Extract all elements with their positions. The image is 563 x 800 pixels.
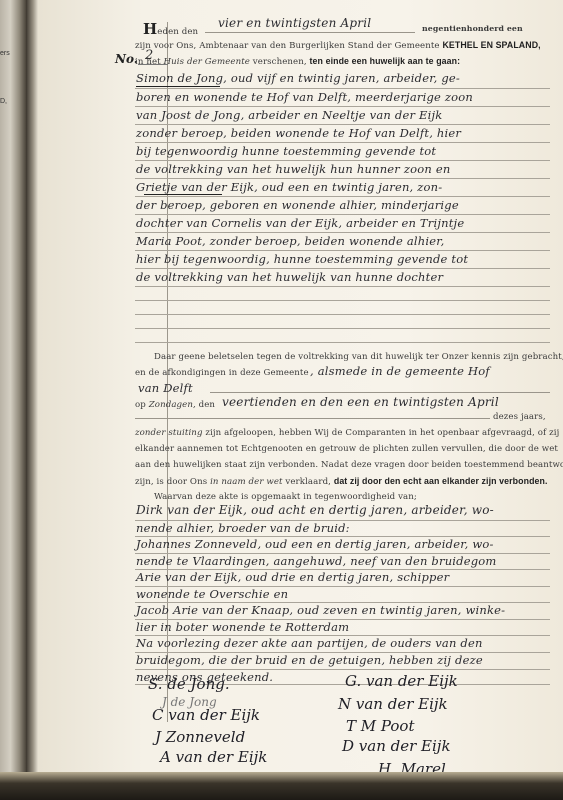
- ruled-line: [135, 160, 550, 161]
- ruled-line: [135, 214, 550, 215]
- witness-line: Arie van der Eijk, oud drie en dertig ja…: [136, 570, 449, 584]
- line9-italic: in naam der wet: [210, 477, 283, 487]
- header-line-3: in het Huis der Gemeente verschenen, ten…: [135, 56, 460, 67]
- ruled-line: [135, 250, 550, 251]
- proclamation-dates: veertienden en den een en twintigsten Ap…: [222, 395, 499, 409]
- witness-intro: Waarvan deze akte is opgemaakt in tegenw…: [154, 492, 417, 502]
- header-line-1: Heden den: [143, 20, 198, 38]
- line4-italic: Zondagen,: [149, 400, 196, 410]
- signature-groom: S. de Jong.: [148, 675, 230, 693]
- ruled-line: [135, 314, 550, 315]
- line4-pre: op: [135, 400, 146, 410]
- bride-name-underline: [144, 194, 222, 195]
- proclamation-line-8: aan den huwelijken staat zijn verbonden.…: [135, 460, 563, 470]
- page-bottom-edge: [0, 772, 563, 800]
- signature-bride-father: G. van der Eijk: [345, 672, 458, 690]
- groom-line: zonder beroep, beiden wonende te Hof van…: [136, 126, 461, 140]
- signature-bride-mother: T M Poot: [346, 717, 414, 735]
- proclamation-line-9: zijn, is door Ons in naam der wet verkla…: [135, 476, 548, 487]
- header-prefix: eden den: [157, 27, 198, 37]
- ruled-line: [135, 328, 550, 329]
- signature-witness-dirk: D van der Eijk: [342, 737, 451, 755]
- date-fill-line: [205, 32, 415, 33]
- signature-witness-zonneveld: J Zonneveld: [155, 728, 245, 746]
- page-gutter: [26, 0, 38, 800]
- bride-line: de voltrekking van het huwelijk van hunn…: [136, 270, 443, 284]
- bride-line: Maria Poot, zonder beroep, beiden wonend…: [136, 234, 445, 248]
- proclamation-hand-1: , alsmede in de gemeente Hof: [310, 364, 490, 378]
- proclamation-line-7: elkander aannemen tot Echtgenooten en ge…: [135, 444, 558, 454]
- drop-initial: H: [143, 20, 157, 38]
- groom-line: van Joost de Jong, arbeider en Neeltje v…: [136, 108, 442, 122]
- header-line-2: zijn voor Ons, Ambtenaar van den Burgerl…: [135, 40, 541, 51]
- fill-line: [210, 392, 550, 393]
- line6-text: zijn afgeloopen, hebben Wij de Comparant…: [205, 428, 559, 438]
- ruled-line: [135, 342, 550, 343]
- header-year-text: negentienhonderd een: [422, 24, 523, 33]
- ruled-line: [135, 300, 550, 301]
- binding-fragment: D,: [0, 78, 20, 126]
- proclamation-line-6: zonder stuiting zijn afgeloopen, hebben …: [135, 428, 559, 438]
- proclamation-line-4: op Zondagen, den: [135, 400, 215, 410]
- ruled-line: [135, 106, 550, 107]
- previous-page-text: ers D,: [0, 30, 20, 126]
- witness-line: Jacob Arie van der Knaap, oud zeven en t…: [136, 603, 505, 617]
- header-line-3-italic: Huis der Gemeente: [164, 57, 250, 67]
- witness-line: bruidegom, die der bruid en de getuigen,…: [136, 653, 483, 667]
- header-line-3-bold: ten einde een huwelijk aan te gaan:: [310, 56, 461, 66]
- register-scan: ers D, No. 2 Heden den vier en twintigst…: [0, 0, 563, 800]
- line4-mid: den: [199, 400, 215, 410]
- header-line-3-mid: verschenen,: [253, 57, 307, 67]
- ruled-line: [135, 196, 550, 197]
- groom-line: Simon de Jong, oud vijf en twintig jaren…: [136, 71, 460, 85]
- bride-line: Grietje van der Eijk, oud een en twintig…: [136, 180, 442, 194]
- previous-page-edge: ers D,: [0, 0, 26, 800]
- bride-line: hier bij tegenwoordig, hunne toestemming…: [136, 252, 468, 266]
- line9-bold: dat zij door den echt aan elkander zijn …: [334, 476, 548, 486]
- proclamation-line-5: dezes jaars,: [493, 412, 546, 422]
- ruled-line: [135, 268, 550, 269]
- header-line-3-pre: in het: [135, 57, 161, 67]
- fill-line: [135, 418, 490, 419]
- ruled-line: [135, 286, 550, 287]
- ruled-line: [135, 232, 550, 233]
- proclamation-line-1: Daar geene beletselen tegen de voltrekki…: [154, 352, 563, 362]
- witness-line: wonende te Overschie en: [136, 587, 288, 601]
- municipality-name: KETHEL EN SPALAND,: [442, 40, 540, 50]
- proclamation-hand-2: van Delft: [138, 381, 193, 395]
- line9-mid: verklaard,: [285, 477, 331, 487]
- marriage-date: vier en twintigsten April: [218, 16, 371, 30]
- groom-line: boren en wonende te Hof van Delft, meerd…: [136, 90, 473, 104]
- witness-line: nende te Vlaardingen, aangehuwd, neef va…: [136, 554, 497, 568]
- witness-line: nende alhier, broeder van de bruid:: [136, 521, 350, 535]
- bride-line: der beroep, geboren en wonende alhier, m…: [136, 198, 459, 212]
- groom-line: bij tegenwoordig hunne toestemming geven…: [136, 144, 436, 158]
- bride-line: dochter van Cornelis van der Eijk, arbei…: [136, 216, 464, 230]
- signature-witness-arie: A van der Eijk: [160, 748, 267, 766]
- line6-italic: zonder stuiting: [135, 428, 203, 438]
- signature-groom-mother: N van der Eijk: [338, 695, 448, 713]
- line9-pre: zijn, is door Ons: [135, 477, 207, 487]
- header-line-2-text: zijn voor Ons, Ambtenaar van den Burgerl…: [135, 41, 440, 51]
- witness-line: lier in boter wonende te Rotterdam: [136, 620, 349, 634]
- groom-name-underline: [136, 86, 220, 87]
- proclamation-line-2: en de afkondigingen in deze Gemeente: [135, 368, 309, 378]
- ruled-line: [135, 88, 550, 89]
- ruled-line: [135, 142, 550, 143]
- ruled-line: [135, 178, 550, 179]
- witness-line: Dirk van der Eijk, oud acht en dertig ja…: [136, 503, 494, 517]
- witness-line: Johannes Zonneveld, oud een en dertig ja…: [136, 537, 494, 551]
- signature-bride: C van der Eijk: [152, 706, 260, 724]
- ruled-line: [135, 124, 550, 125]
- witness-line: Na voorlezing dezer akte aan partijen, d…: [136, 636, 483, 650]
- binding-fragment: ers: [0, 30, 20, 78]
- groom-line: de voltrekking van het huwelijk hun hunn…: [136, 162, 450, 176]
